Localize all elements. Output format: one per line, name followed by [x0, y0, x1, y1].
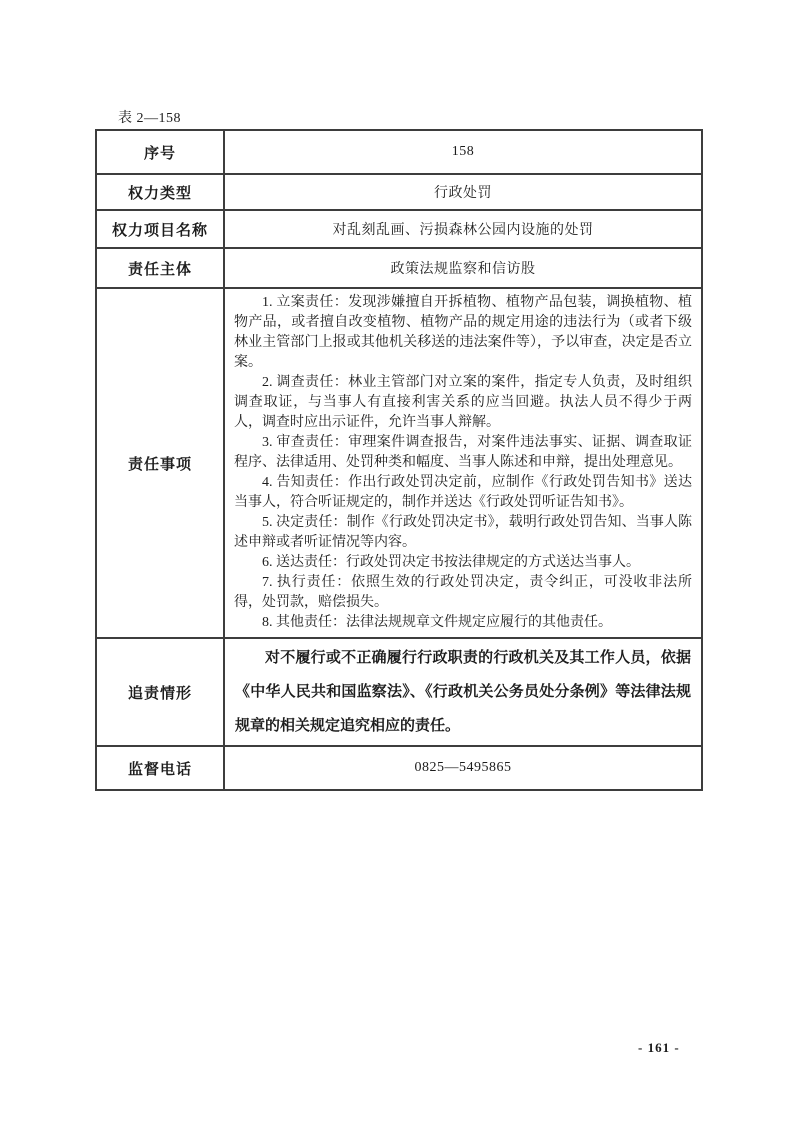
duty-item-6: 6. 送达责任：行政处罚决定书按法律规定的方式送达当事人。 [234, 553, 692, 573]
row-value-supervision-phone: 0825—5495865 [224, 746, 702, 790]
row-label-serial-number: 序号 [96, 130, 224, 174]
duty-item-7: 7. 执行责任：依照生效的行政处罚决定，责令纠正，可没收非法所得，处罚款，赔偿损… [234, 573, 692, 613]
row-value-power-item-name: 对乱刻乱画、污损森林公园内设施的处罚 [224, 210, 702, 248]
accountability-text: 对不履行或不正确履行行政职责的行政机关及其工作人员，依据《中华人民共和国监察法》… [235, 641, 691, 743]
row-value-duty-items: 1. 立案责任：发现涉嫌擅自开拆植物、植物产品包装，调换植物、植物产品，或者擅自… [224, 288, 702, 638]
row-label-accountability: 追责情形 [96, 638, 224, 746]
document-page: 表 2—158 序号 158 权力类型 行政处罚 权力项目名称 对乱刻乱画、污损… [0, 0, 793, 1122]
table-row-responsible-body: 责任主体 政策法规监察和信访股 [96, 248, 702, 288]
table-row-serial-number: 序号 158 [96, 130, 702, 174]
table-caption: 表 2—158 [118, 107, 181, 127]
table-row-accountability: 追责情形 对不履行或不正确履行行政职责的行政机关及其工作人员，依据《中华人民共和… [96, 638, 702, 746]
row-value-responsible-body: 政策法规监察和信访股 [224, 248, 702, 288]
row-label-supervision-phone: 监督电话 [96, 746, 224, 790]
duty-item-1: 1. 立案责任：发现涉嫌擅自开拆植物、植物产品包装，调换植物、植物产品，或者擅自… [234, 293, 692, 373]
row-value-power-type: 行政处罚 [224, 174, 702, 210]
row-label-duty-items: 责任事项 [96, 288, 224, 638]
duty-item-4: 4. 告知责任：作出行政处罚决定前，应制作《行政处罚告知书》送达当事人，符合听证… [234, 473, 692, 513]
row-label-responsible-body: 责任主体 [96, 248, 224, 288]
duty-item-8: 8. 其他责任：法律法规规章文件规定应履行的其他责任。 [234, 613, 692, 633]
row-label-power-item-name: 权力项目名称 [96, 210, 224, 248]
duty-item-5: 5. 决定责任：制作《行政处罚决定书》，载明行政处罚告知、当事人陈述申辩或者听证… [234, 513, 692, 553]
row-value-accountability: 对不履行或不正确履行行政职责的行政机关及其工作人员，依据《中华人民共和国监察法》… [224, 638, 702, 746]
table-row-power-item-name: 权力项目名称 对乱刻乱画、污损森林公园内设施的处罚 [96, 210, 702, 248]
duty-item-2: 2. 调查责任：林业主管部门对立案的案件，指定专人负责，及时组织调查取证，与当事… [234, 373, 692, 433]
power-responsibility-table: 序号 158 权力类型 行政处罚 权力项目名称 对乱刻乱画、污损森林公园内设施的… [95, 129, 703, 791]
row-label-power-type: 权力类型 [96, 174, 224, 210]
table-row-duty-items: 责任事项 1. 立案责任：发现涉嫌擅自开拆植物、植物产品包装，调换植物、植物产品… [96, 288, 702, 638]
table-row-power-type: 权力类型 行政处罚 [96, 174, 702, 210]
page-number: - 161 - [638, 1040, 680, 1056]
table-row-supervision-phone: 监督电话 0825—5495865 [96, 746, 702, 790]
row-value-serial-number: 158 [224, 130, 702, 174]
duty-item-3: 3. 审查责任：审理案件调查报告，对案件违法事实、证据、调查取证程序、法律适用、… [234, 433, 692, 473]
